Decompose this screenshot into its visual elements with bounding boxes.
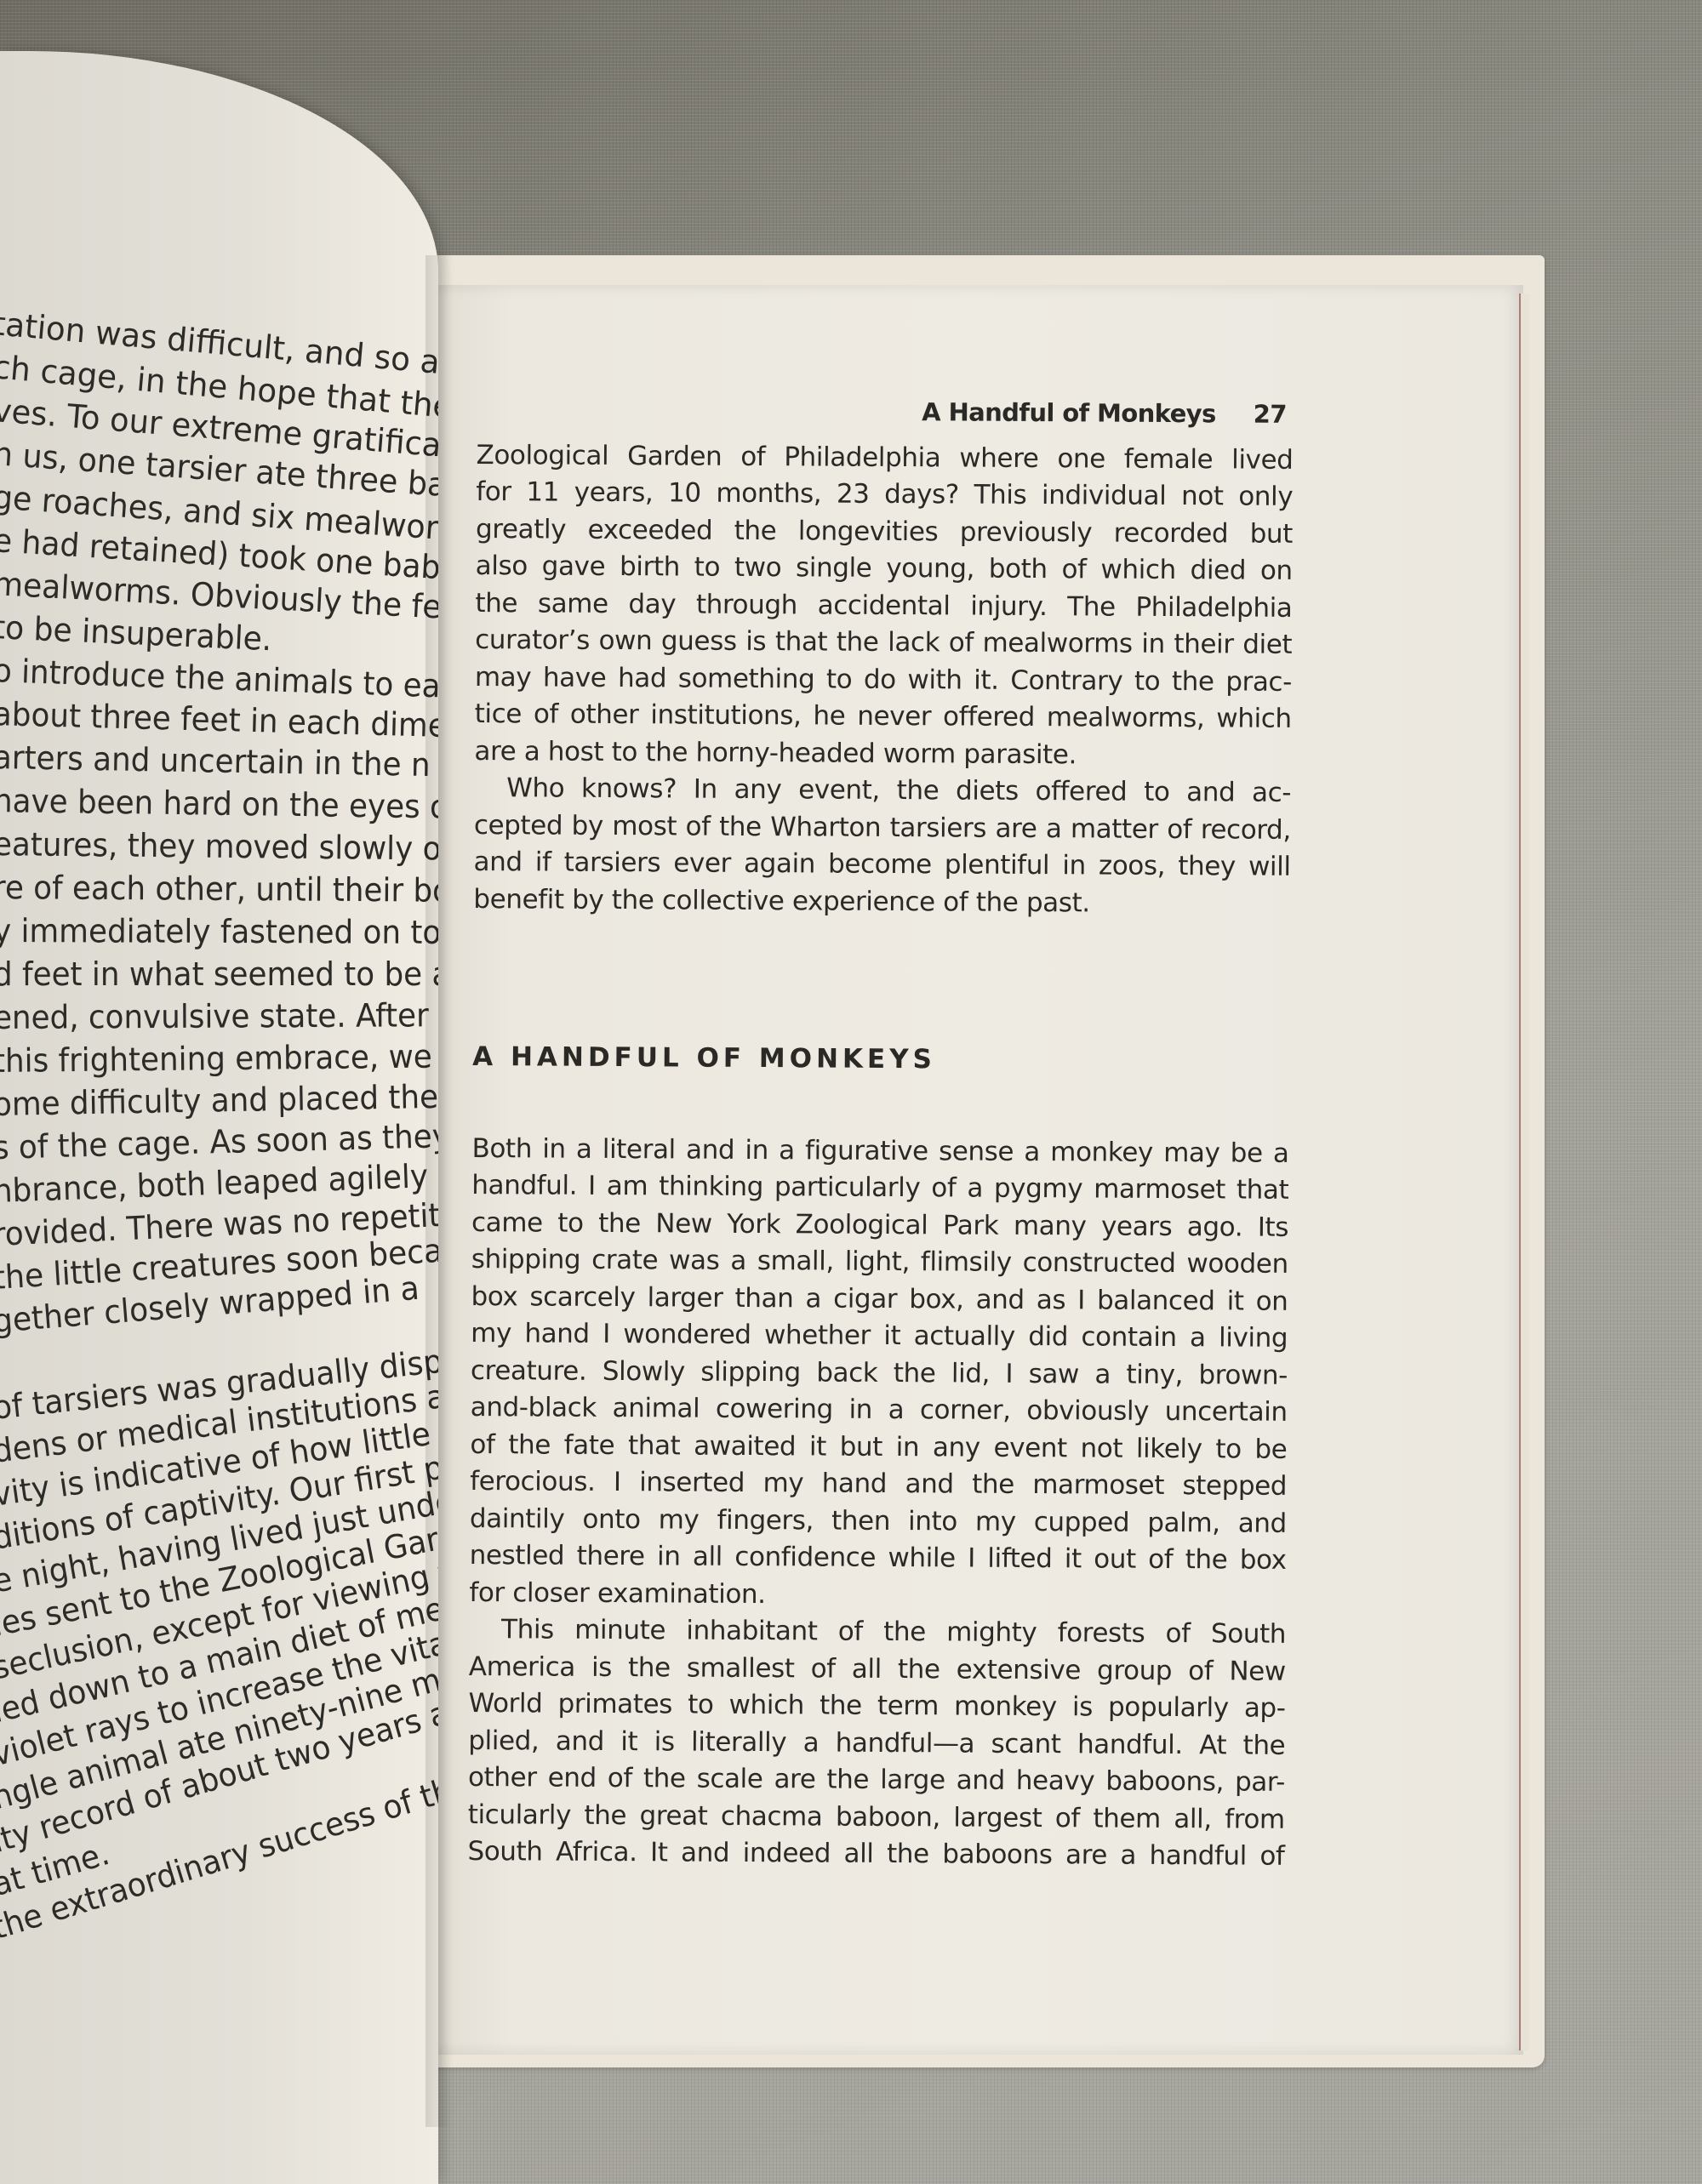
text-line: creature. Slowly slipping back the lid, … xyxy=(471,1352,1288,1394)
text-line: the same day through accidental injury. … xyxy=(475,584,1292,626)
text-line: box scarcely larger than a cigar box, an… xyxy=(471,1278,1288,1320)
text-line: also gave birth to two single young, bot… xyxy=(476,548,1293,590)
page-stack-edge xyxy=(1519,294,1529,2050)
text-line: arters and uncertain in the n xyxy=(0,736,425,787)
text-line: have been hard on the eyes of a xyxy=(0,779,425,829)
text-line: cepted by most of the Wharton tarsiers a… xyxy=(474,807,1291,848)
paragraph-who-knows: Who knows? In any event, the diets offer… xyxy=(473,770,1291,923)
text-line: other end of the scale are the large and… xyxy=(468,1759,1285,1801)
text-line: may have had something to do with it. Co… xyxy=(475,659,1292,700)
text-line: nestled there in all confidence while I … xyxy=(470,1537,1287,1579)
text-line: and if tarsiers ever again become plenti… xyxy=(473,844,1290,886)
text-line: tice of other institutions, he never off… xyxy=(475,696,1292,738)
text-line: handful. I am thinking particularly of a… xyxy=(471,1167,1288,1209)
text-line: ferocious. I inserted my hand and the ma… xyxy=(470,1463,1287,1505)
text-line: came to the New York Zoological Park man… xyxy=(471,1204,1288,1246)
text-line: Who knows? In any event, the diets offer… xyxy=(474,770,1291,812)
paragraph-continued: Zoological Garden of Philadelphia where … xyxy=(474,436,1293,774)
text-line: America is the smallest of all the exten… xyxy=(469,1648,1286,1690)
text-line: ened, convulsive state. After wa xyxy=(0,994,425,1040)
text-line: and-black animal cowering in a corner, o… xyxy=(471,1389,1288,1431)
text-line: re of each other, until their bo xyxy=(0,866,425,913)
text-line: South Africa. It and indeed all the babo… xyxy=(467,1833,1284,1875)
text-line: curator’s own guess is that the lack of … xyxy=(475,622,1292,664)
left-page: tation was difficult, and so a va ch cag… xyxy=(0,51,438,2184)
text-line: d feet in what seemed to be a ds xyxy=(0,953,425,996)
text-line: are a host to the horny-headed worm para… xyxy=(474,733,1291,774)
text-line: shipping crate was a small, light, flims… xyxy=(471,1241,1288,1283)
text-line: benefit by the collective experience of … xyxy=(473,881,1290,922)
text-line: plied, and it is literally a handful—a s… xyxy=(468,1722,1285,1764)
page-number: 27 xyxy=(1254,396,1287,434)
paragraph-this-minute-inhabitant: This minute inhabitant of the mighty for… xyxy=(467,1611,1286,1875)
paragraph-both-in-a-literal: Both in a literal and in a figurative se… xyxy=(469,1130,1288,1616)
right-page-text: A Handful of Monkeys 27 Zoological Garde… xyxy=(467,391,1294,1875)
text-line: Both in a literal and in a figurative se… xyxy=(471,1130,1288,1172)
text-line: for 11 years, 10 months, 23 days? This i… xyxy=(476,474,1293,516)
running-head: A Handful of Monkeys 27 xyxy=(477,391,1294,433)
text-line: my hand I wondered whether it actually d… xyxy=(471,1315,1288,1357)
text-line: Zoological Garden of Philadelphia where … xyxy=(476,436,1293,478)
running-head-title: A Handful of Monkeys xyxy=(922,394,1216,433)
text-line: daintily onto my fingers, then into my c… xyxy=(470,1500,1287,1542)
text-line: World primates to which the term monkey … xyxy=(468,1685,1285,1727)
text-line: ticularly the great chacma baboon, large… xyxy=(468,1796,1285,1838)
section-heading: A HANDFUL OF MONKEYS xyxy=(472,1039,1289,1081)
text-line: y immediately fastened on to s xyxy=(0,910,425,955)
text-line: for closer examination. xyxy=(469,1574,1286,1616)
left-page-text: tation was difficult, and so a va ch cag… xyxy=(0,302,438,1951)
text-line: eatures, they moved slowly over xyxy=(0,823,425,870)
spine-shadow xyxy=(425,255,451,2127)
text-line: This minute inhabitant of the mighty for… xyxy=(469,1611,1286,1653)
text-line: of the fate that awaited it but in any e… xyxy=(470,1426,1287,1468)
text-line: greatly exceeded the longevities previou… xyxy=(476,510,1293,552)
